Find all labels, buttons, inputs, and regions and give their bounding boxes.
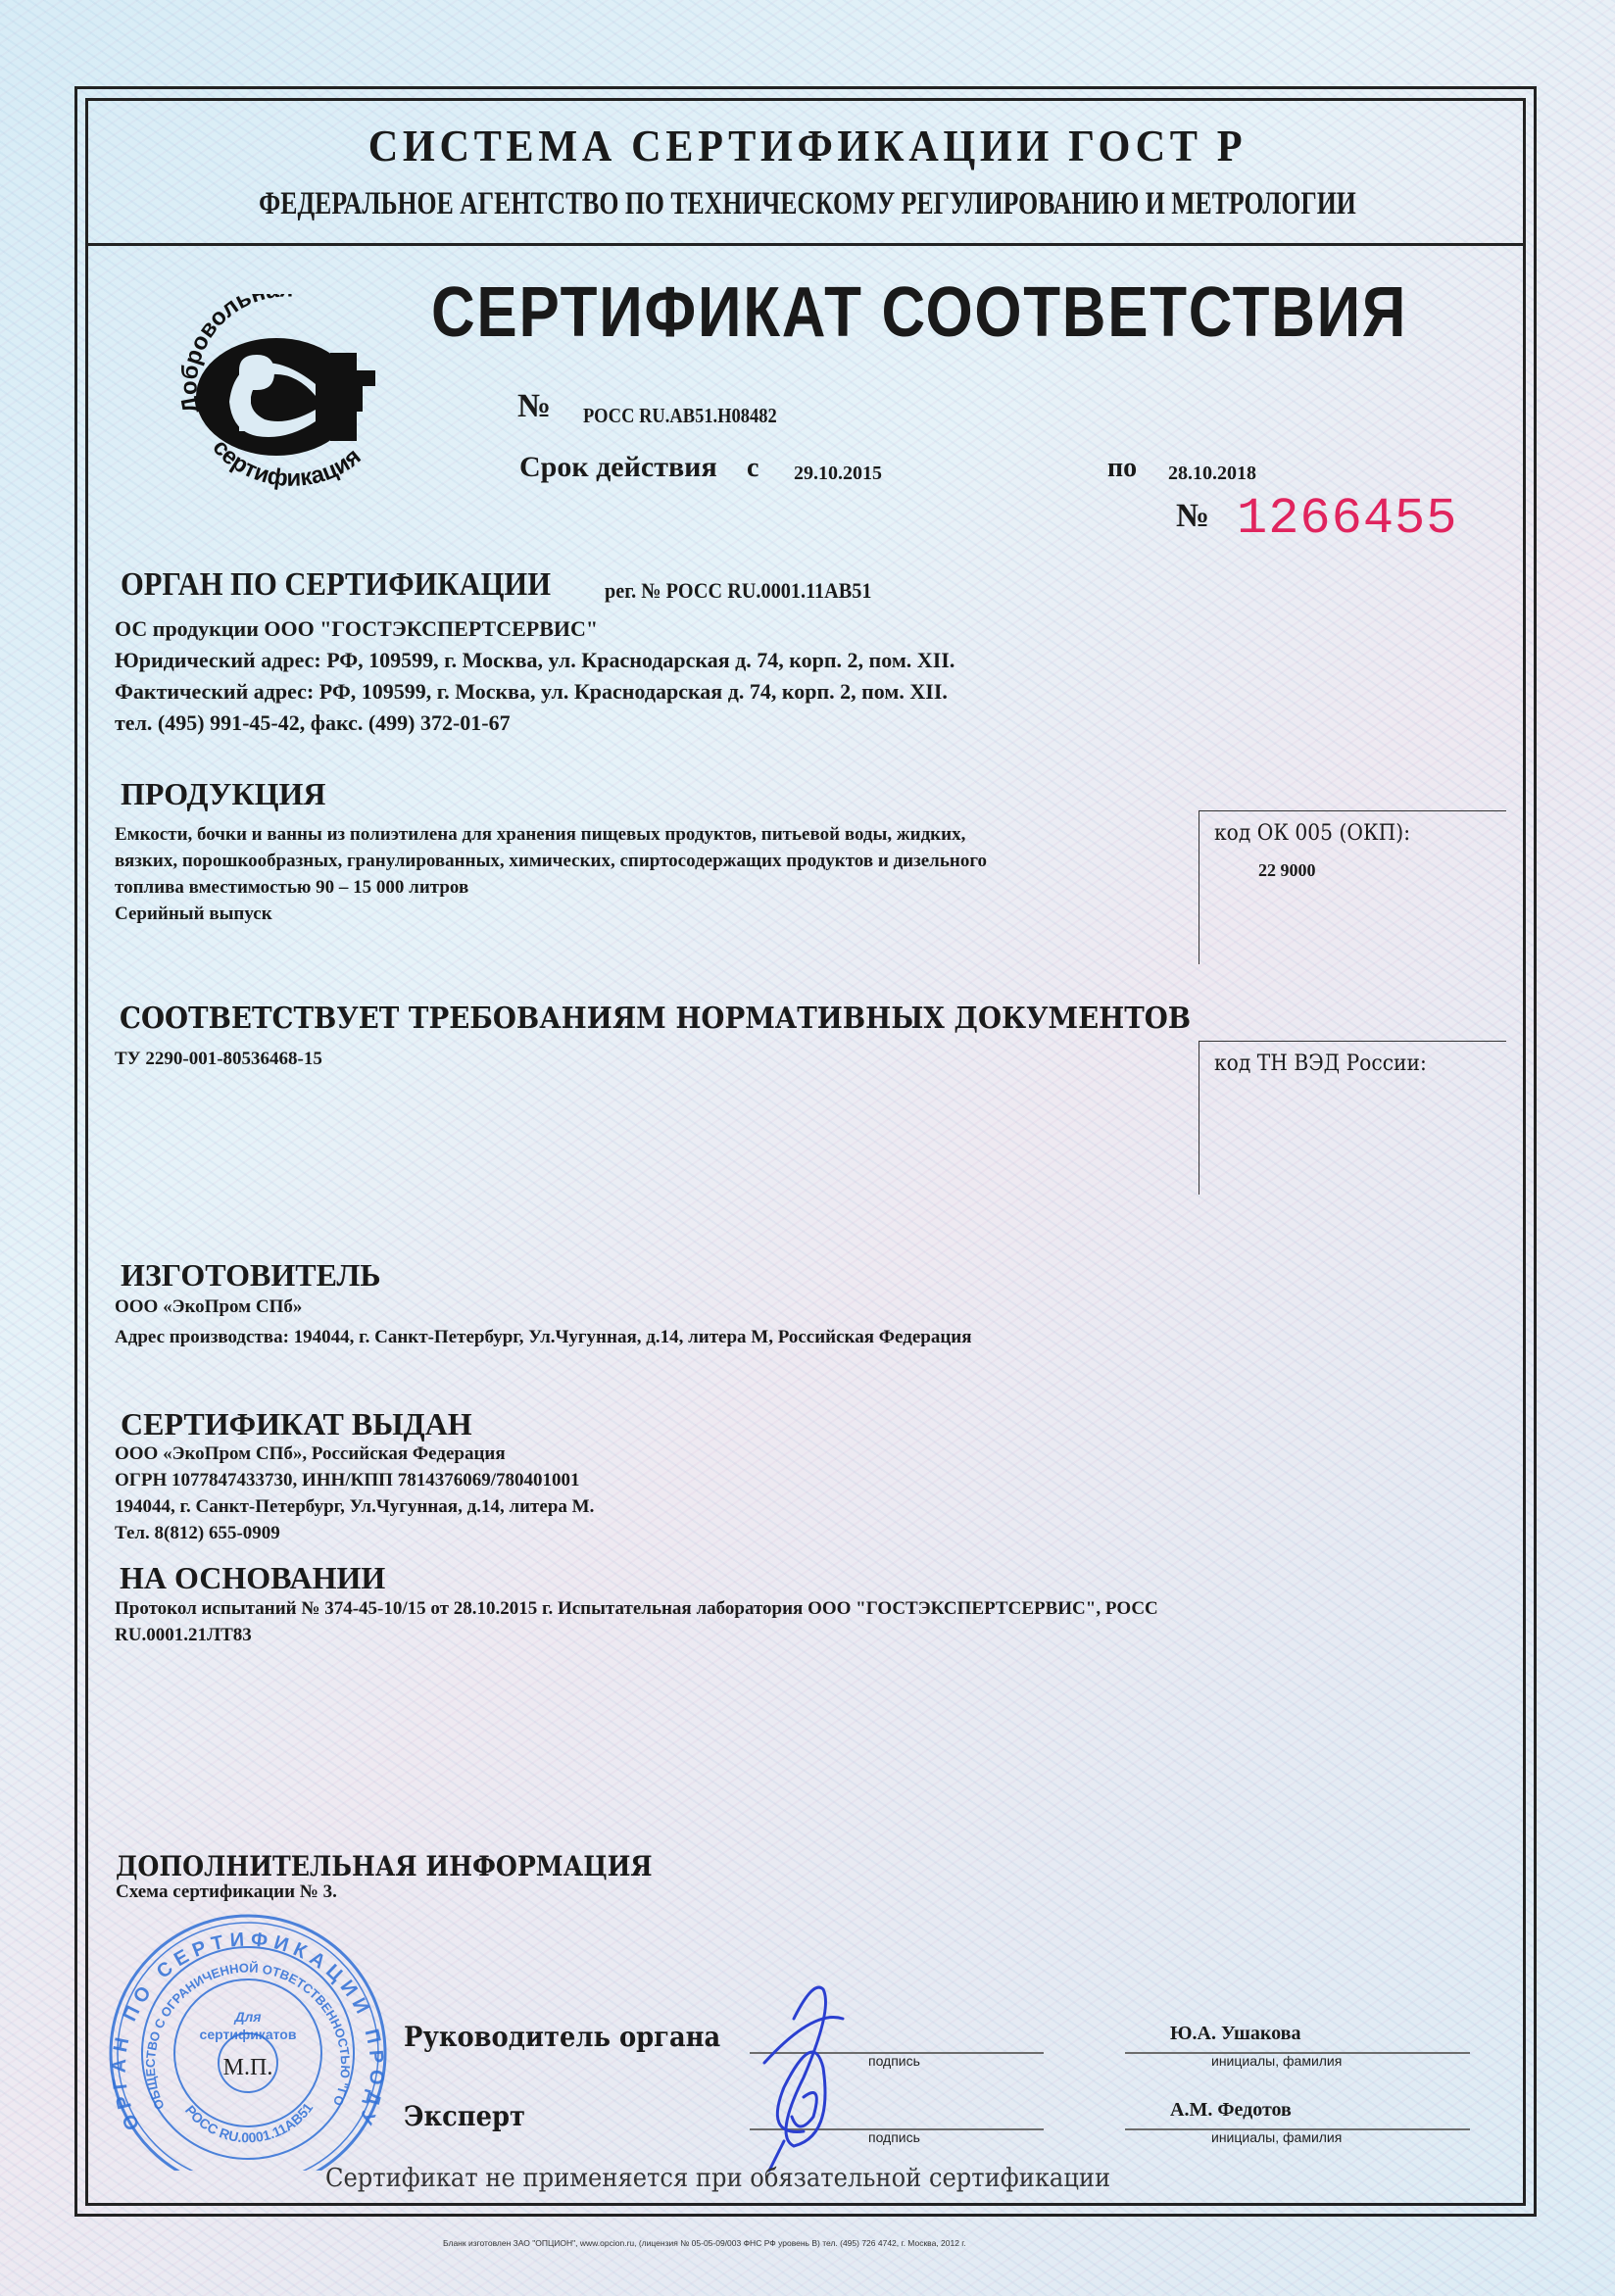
certification-body-details: ОС продукции ООО "ГОСТЭКСПЕРТСЕРВИС" Юри… (115, 613, 954, 739)
handwritten-signature-icon (745, 1970, 911, 2175)
manufacturer-line: ООО «ЭкоПром СПб» (115, 1292, 972, 1322)
expert-name: А.М. Федотов (1170, 2099, 1292, 2122)
issued-to-line: Тел. 8(812) 655-0909 (115, 1520, 594, 1546)
head-name-caption: инициалы, фамилия (1211, 2053, 1342, 2069)
product-line: вязких, порошкообразных, гранулированных… (115, 848, 987, 874)
head-role-label: Руководитель органа (404, 2021, 720, 2053)
manufacturer-line: Адрес производства: 194044, г. Санкт-Пет… (115, 1322, 972, 1352)
head-name: Ю.А. Ушакова (1170, 2023, 1300, 2045)
note-voluntary-only: Сертификат не применяется при обязательн… (325, 2164, 1110, 2193)
normative-docs-heading: СООТВЕТСТВУЕТ ТРЕБОВАНИЯМ НОРМАТИВНЫХ ДО… (120, 1001, 1191, 1036)
stamp-inner-mid: сертификатов (200, 2027, 297, 2042)
normative-document: ТУ 2290-001-80536468-15 (115, 1049, 322, 1070)
validity-to-label: по (1107, 453, 1137, 484)
certification-body-reg-number: рег. № РОСС RU.0001.11АВ51 (605, 578, 872, 604)
issued-to-line: 194044, г. Санкт-Петербург, Ул.Чугунная,… (115, 1493, 594, 1520)
rst-logo-icon: Добровольная сертификация (178, 294, 389, 490)
agency-title: ФЕДЕРАЛЬНОЕ АГЕНТСТВО ПО ТЕХНИЧЕСКОМУ РЕ… (177, 186, 1437, 222)
product-line: топлива вместимостью 90 – 15 000 литров (115, 874, 987, 901)
certification-body-line: тел. (495) 991-45-42, факс. (499) 372-01… (115, 708, 954, 739)
basis-heading: НА ОСНОВАНИИ (120, 1560, 385, 1596)
okp-code-value: 22 9000 (1258, 860, 1316, 881)
stamp-inner-top: Для (233, 2009, 261, 2025)
additional-info-line: Схема сертификации № 3. (116, 1881, 337, 1903)
expert-role-label: Эксперт (404, 2100, 525, 2132)
official-stamp-icon: ОРГАН ПО СЕРТИФИКАЦИИ ПРОДУКЦИИ ОБЩЕСТВО… (86, 1906, 410, 2171)
certification-body-line: Юридический адрес: РФ, 109599, г. Москва… (115, 645, 954, 676)
issued-to-details: ООО «ЭкоПром СПб», Российская Федерация … (115, 1441, 594, 1546)
certification-body-heading: ОРГАН ПО СЕРТИФИКАЦИИ (121, 566, 551, 604)
additional-info-heading: ДОПОЛНИТЕЛЬНАЯ ИНФОРМАЦИЯ (116, 1850, 653, 1882)
certificate-number: РОСС RU.АВ51.Н08482 (583, 404, 777, 428)
manufacturer-details: ООО «ЭкоПром СПб» Адрес производства: 19… (115, 1292, 972, 1352)
validity-label: Срок действия (519, 451, 717, 484)
stamp-mp-label: М.П. (223, 2055, 273, 2080)
svg-text:РОСС RU.0001.11АВ51: РОСС RU.0001.11АВ51 (182, 2100, 316, 2146)
blank-serial-number: 1266455 (1237, 490, 1457, 548)
stamp-bottom-text: РОСС RU.0001.11АВ51 (182, 2100, 316, 2146)
product-line: Серийный выпуск (115, 901, 987, 927)
basis-line: RU.0001.21ЛТ83 (115, 1622, 1158, 1648)
number-sign: № (517, 388, 551, 425)
okp-code-label: код ОК 005 (ОКП): (1214, 821, 1410, 846)
valid-from-date: 29.10.2015 (794, 463, 882, 485)
tnved-code-box: код ТН ВЭД России: (1199, 1041, 1506, 1195)
validity-from-label: с (747, 453, 759, 484)
header-divider (85, 243, 1526, 246)
okp-code-box: код ОК 005 (ОКП): 22 9000 (1199, 810, 1506, 964)
expert-name-caption: инициалы, фамилия (1211, 2129, 1342, 2145)
issued-to-line: ООО «ЭкоПром СПб», Российская Федерация (115, 1441, 594, 1467)
product-description: Емкости, бочки и ванны из полиэтилена дл… (115, 821, 987, 927)
manufacturer-heading: ИЗГОТОВИТЕЛЬ (121, 1257, 381, 1294)
certificate-title: СЕРТИФИКАТ СООТВЕТСТВИЯ (431, 272, 1407, 353)
certification-body-line: Фактический адрес: РФ, 109599, г. Москва… (115, 676, 954, 708)
system-title: СИСТЕМА СЕРТИФИКАЦИИ ГОСТ Р (65, 120, 1550, 171)
valid-to-date: 28.10.2018 (1168, 463, 1256, 485)
blank-manufacturer-footer: Бланк изготовлен ЗАО "ОПЦИОН", www.opcio… (443, 2238, 966, 2248)
blank-number-sign: № (1176, 498, 1209, 535)
basis-details: Протокол испытаний № 374-45-10/15 от 28.… (115, 1595, 1158, 1648)
issued-to-line: ОГРН 1077847433730, ИНН/КПП 7814376069/7… (115, 1467, 594, 1493)
certification-body-line: ОС продукции ООО "ГОСТЭКСПЕРТСЕРВИС" (115, 613, 954, 645)
product-heading: ПРОДУКЦИЯ (121, 776, 326, 812)
issued-to-heading: СЕРТИФИКАТ ВЫДАН (121, 1406, 472, 1442)
tnved-code-label: код ТН ВЭД России: (1214, 1051, 1427, 1076)
product-line: Емкости, бочки и ванны из полиэтилена дл… (115, 821, 987, 848)
basis-line: Протокол испытаний № 374-45-10/15 от 28.… (115, 1595, 1158, 1622)
